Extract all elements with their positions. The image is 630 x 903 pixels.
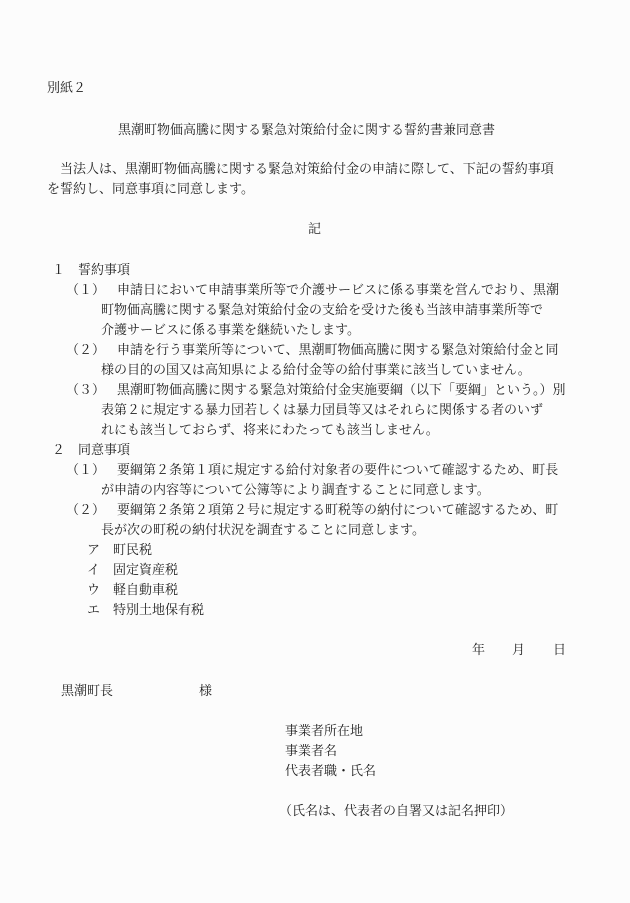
consent-item-2-line-2: 長が次の町税の納付状況を調査することに同意します。 [101, 521, 425, 541]
ki-marker: 記 [308, 220, 321, 240]
pledge-item-1-line-3: 介護サービスに係る事業を継続いたします。 [101, 321, 360, 341]
addressee-honorific: 様 [199, 682, 212, 702]
pledge-item-1-line-2: 町物価高騰に関する緊急対策給付金の支給を受けた後も当該申請事業所等で [101, 301, 543, 321]
pledge-item-3-line-2: 表第２に規定する暴力団若しくは暴力団員等又はそれらに関係する者のいず [101, 401, 543, 421]
tax-item-mark-e: エ [87, 601, 100, 621]
pledge-item-3-num: （３） [66, 381, 105, 401]
date-day: 日 [553, 641, 566, 661]
pledge-item-2-line-2: 様の目的の国又は高知県による給付金等の給付事業に該当していません。 [101, 361, 531, 381]
field-representative: 代表者職・氏名 [285, 762, 376, 782]
pledge-item-2-line-1: 申請を行う事業所等について、黒潮町物価高騰に関する緊急対策給付金と同 [117, 341, 558, 361]
attachment-label: 別紙２ [47, 79, 86, 99]
intro-line-2: を誓約し、同意事項に同意します。 [47, 180, 254, 200]
tax-item-mark-i: イ [87, 561, 100, 581]
consent-item-1-line-2: が申請の内容等について公簿等により調査することに同意します。 [101, 481, 490, 501]
tax-item-mark-u: ウ [87, 581, 100, 601]
field-business-address: 事業者所在地 [285, 722, 363, 742]
pledge-item-1-num: （１） [66, 281, 105, 301]
tax-item-mark-a: ア [87, 541, 100, 561]
tax-item-label-e: 特別土地保有税 [113, 601, 204, 621]
date-year: 年 [472, 641, 485, 661]
tax-item-label-i: 固定資産税 [113, 561, 178, 581]
consent-item-1-line-1: 要綱第２条第１項に規定する給付対象者の要件について確認するため、町長 [117, 461, 558, 481]
tax-item-label-a: 町民税 [113, 541, 152, 561]
tax-item-label-u: 軽自動車税 [113, 581, 178, 601]
pledge-item-3-line-1: 黒潮町物価高騰に関する緊急対策給付金実施要綱（以下「要綱」という。）別 [117, 381, 566, 401]
document-page: 別紙２ 黒潮町物価高騰に関する緊急対策給付金に関する誓約書兼同意書 当法人は、黒… [0, 0, 630, 903]
pledge-item-1-line-1: 申請日において申請事業所等で介護サービスに係る事業を営んでおり、黒潮 [117, 281, 559, 301]
section-heading-consent: ２ 同意事項 [52, 441, 130, 461]
signature-note: （氏名は、代表者の自署又は記名押印） [279, 802, 513, 822]
section-heading-pledge: １ 誓約事項 [52, 261, 130, 281]
consent-item-1-num: （１） [66, 461, 105, 481]
field-business-name: 事業者名 [285, 742, 337, 762]
addressee-name: 黒潮町長 [61, 682, 113, 702]
intro-line-1: 当法人は、黒潮町物価高騰に関する緊急対策給付金の申請に際して、下記の誓約事項 [47, 160, 554, 180]
consent-item-2-line-1: 要綱第２条第２項第２号に規定する町税等の納付について確認するため、町 [117, 501, 558, 521]
date-month: 月 [512, 641, 525, 661]
document-title: 黒潮町物価高騰に関する緊急対策給付金に関する誓約書兼同意書 [118, 121, 495, 141]
pledge-item-3-line-3: れにも該当しておらず、将来にわたっても該当しません。 [101, 421, 439, 441]
pledge-item-2-num: （２） [66, 341, 105, 361]
consent-item-2-num: （２） [66, 501, 105, 521]
